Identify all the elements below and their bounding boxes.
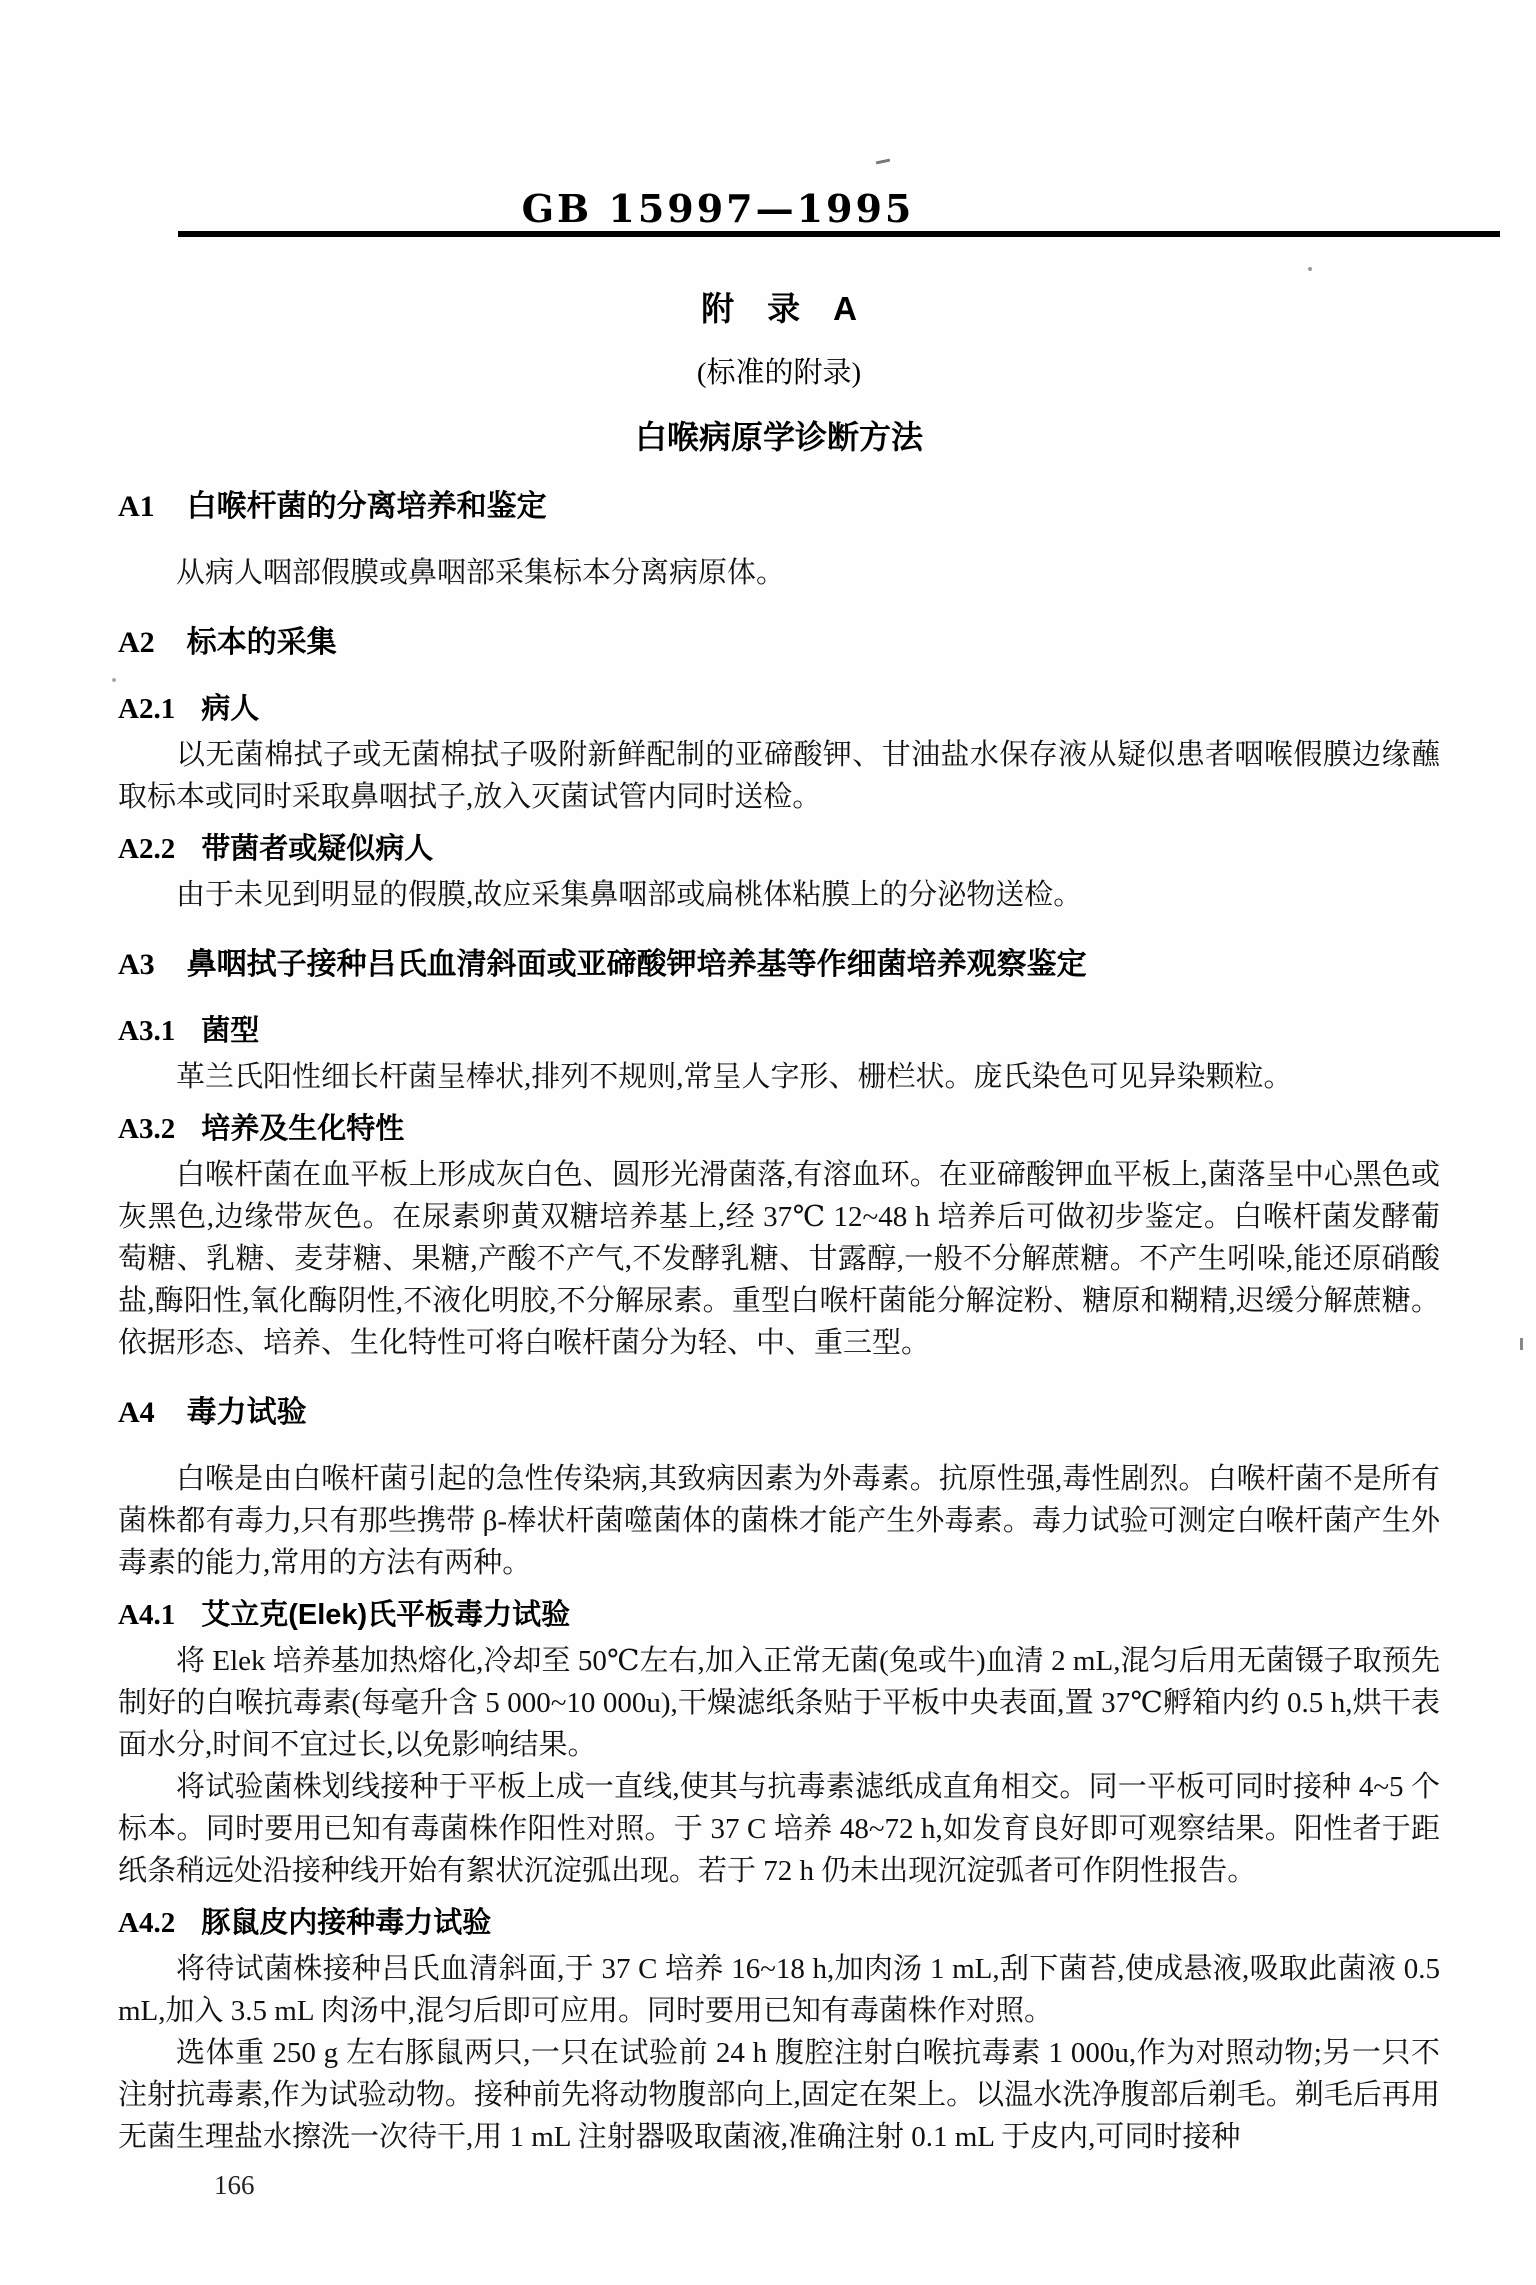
clause-number: A2 xyxy=(118,626,155,659)
clause-heading-A3.1: A3.1菌型 xyxy=(118,1010,1440,1052)
clause-number: A4 xyxy=(118,1396,155,1429)
scan-artifact xyxy=(1308,267,1312,271)
standard-number: GB 15997—1995 xyxy=(0,186,1486,231)
clause-heading-A1: A1白喉杆菌的分离培养和鉴定 xyxy=(118,486,1440,528)
document-body: A1白喉杆菌的分离培养和鉴定从病人咽部假膜或鼻咽部采集标本分离病原体。A2标本的… xyxy=(118,486,1440,2158)
clause-title: 艾立克(Elek)氏平板毒力试验 xyxy=(201,1599,570,1631)
clause-title: 菌型 xyxy=(201,1015,259,1047)
clause-heading-A3: A3鼻咽拭子接种吕氏血清斜面或亚碲酸钾培养基等作细菌培养观察鉴定 xyxy=(118,944,1440,986)
clause-heading-A2: A2标本的采集 xyxy=(118,622,1440,664)
paragraph-19: 选体重 250 g 左右豚鼠两只,一只在试验前 24 h 腹腔注射白喉抗毒素 1… xyxy=(118,2032,1440,2158)
clause-heading-A4: A4毒力试验 xyxy=(118,1392,1440,1434)
clause-number: A1 xyxy=(118,490,155,523)
paragraph-15: 将 Elek 培养基加热熔化,冷却至 50℃左右,加入正常无菌(兔或牛)血清 2… xyxy=(118,1640,1440,1766)
paragraph-1: 从病人咽部假膜或鼻咽部采集标本分离病原体。 xyxy=(118,552,1440,594)
clause-title: 鼻咽拭子接种吕氏血清斜面或亚碲酸钾培养基等作细菌培养观察鉴定 xyxy=(187,948,1087,981)
paragraph-4: 以无菌棉拭子或无菌棉拭子吸附新鲜配制的亚碲酸钾、甘油盐水保存液从疑似患者咽喉假膜… xyxy=(118,734,1440,818)
clause-heading-A4.1: A4.1艾立克(Elek)氏平板毒力试验 xyxy=(118,1594,1440,1636)
clause-title: 标本的采集 xyxy=(187,626,337,659)
clause-number: A3.1 xyxy=(118,1015,175,1047)
paragraph-18: 将待试菌株接种吕氏血清斜面,于 37 C 培养 16~18 h,加肉汤 1 mL… xyxy=(118,1948,1440,2032)
paragraph-9: 革兰氏阳性细长杆菌呈棒状,排列不规则,常呈人字形、栅栏状。庞氏染色可见异染颗粒。 xyxy=(118,1056,1440,1098)
header-rule xyxy=(178,231,1500,237)
clause-number: A4.2 xyxy=(118,1907,175,1939)
paragraph-6: 由于未见到明显的假膜,故应采集鼻咽部或扁桃体粘膜上的分泌物送检。 xyxy=(118,874,1440,916)
clause-number: A3.2 xyxy=(118,1113,175,1145)
appendix-label: 附 录 A xyxy=(118,288,1440,330)
clause-number: A2.1 xyxy=(118,693,175,725)
clause-title: 培养及生化特性 xyxy=(201,1113,404,1145)
clause-heading-A2.2: A2.2带菌者或疑似病人 xyxy=(118,828,1440,870)
clause-heading-A2.1: A2.1病人 xyxy=(118,688,1440,730)
clause-number: A2.2 xyxy=(118,833,175,865)
scan-artifact xyxy=(876,159,890,165)
clause-heading-A3.2: A3.2培养及生化特性 xyxy=(118,1108,1440,1150)
appendix-note: (标准的附录) xyxy=(118,352,1440,394)
appendix-title: 白喉病原学诊断方法 xyxy=(118,416,1440,458)
paragraph-13: 白喉是由白喉杆菌引起的急性传染病,其致病因素为外毒素。抗原性强,毒性剧烈。白喉杆… xyxy=(118,1458,1440,1584)
clause-title: 带菌者或疑似病人 xyxy=(201,833,433,865)
clause-title: 毒力试验 xyxy=(187,1396,307,1429)
scan-artifact xyxy=(112,678,116,682)
clause-title: 病人 xyxy=(201,693,259,725)
paragraph-16: 将试验菌株划线接种于平板上成一直线,使其与抗毒素滤纸成直角相交。同一平板可同时接… xyxy=(118,1766,1440,1892)
scan-artifact xyxy=(1520,1338,1523,1350)
clause-heading-A4.2: A4.2豚鼠皮内接种毒力试验 xyxy=(118,1902,1440,1944)
page-number: 166 xyxy=(214,2170,255,2201)
clause-title: 豚鼠皮内接种毒力试验 xyxy=(201,1907,491,1939)
document-content: 附 录 A (标准的附录) 白喉病原学诊断方法 A1白喉杆菌的分离培养和鉴定从病… xyxy=(118,288,1440,2158)
clause-title: 白喉杆菌的分离培养和鉴定 xyxy=(187,490,547,523)
clause-number: A3 xyxy=(118,948,155,981)
paragraph-11: 白喉杆菌在血平板上形成灰白色、圆形光滑菌落,有溶血环。在亚碲酸钾血平板上,菌落呈… xyxy=(118,1154,1440,1364)
document-page: GB 15997—1995 附 录 A (标准的附录) 白喉病原学诊断方法 A1… xyxy=(0,0,1536,2285)
clause-number: A4.1 xyxy=(118,1599,175,1631)
